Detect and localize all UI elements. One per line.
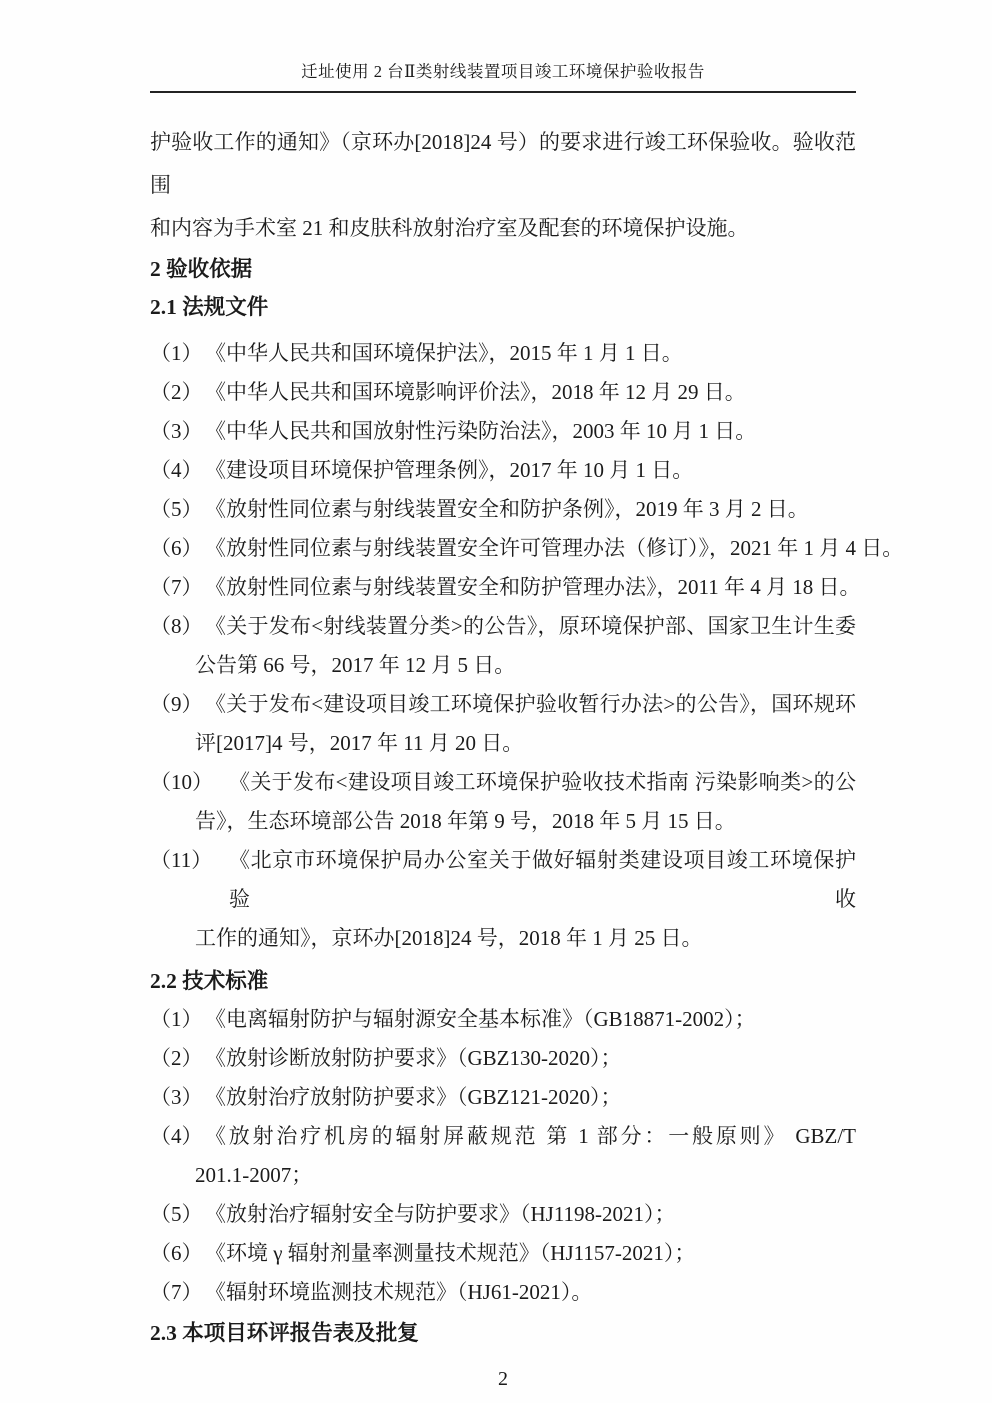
list-item: （11）《北京市环境保护局办公室关于做好辐射类建设项目竣工环境保护验收工作的通知… [150,841,856,958]
technical-standard-list: （1）《电离辐射防护与辐射源安全基本标准》（GB18871-2002）；（2）《… [150,1000,856,1312]
item-number: （7） [150,568,205,607]
item-text: 《辐射环境监测技术规范》（HJ61-2021）。 [205,1273,856,1312]
page-number: 2 [150,1360,856,1398]
list-item: （1）《电离辐射防护与辐射源安全基本标准》（GB18871-2002）； [150,1000,856,1039]
list-item: （9）《关于发布<建设项目竣工环境保护验收暂行办法>的公告》，国环规环评[201… [150,685,856,763]
item-text: 《放射治疗辐射安全与防护要求》（HJ1198-2021）； [205,1195,856,1234]
item-text: 《中华人民共和国放射性污染防治法》，2003 年 10 月 1 日。 [205,412,856,451]
paragraph-line: 护验收工作的通知》（京环办[2018]24 号）的要求进行竣工环保验收。验收范围 [150,121,856,207]
list-item: （6）《环境 γ 辐射剂量率测量技术规范》（HJ1157-2021）； [150,1234,856,1273]
item-number: （5） [150,490,205,529]
list-item: （7）《放射性同位素与射线装置安全和防护管理办法》，2011 年 4 月 18 … [150,568,856,607]
list-item: （3）《放射治疗放射防护要求》（GBZ121-2020）； [150,1078,856,1117]
page-content: 护验收工作的通知》（京环办[2018]24 号）的要求进行竣工环保验收。验收范围… [150,121,856,1398]
item-text: 《放射治疗放射防护要求》（GBZ121-2020）； [205,1078,856,1117]
list-item: （1）《中华人民共和国环境保护法》，2015 年 1 月 1 日。 [150,334,856,373]
item-number: （2） [150,373,205,412]
item-text: 《放射诊断放射防护要求》（GBZ130-2020）； [205,1039,856,1078]
list-item: （10）《关于发布<建设项目竣工环境保护验收技术指南 污染影响类>的公告》，生态… [150,763,856,841]
item-text: 《关于发布<射线装置分类>的公告》，原环境保护部、国家卫生计生委 [205,607,856,646]
item-text: 《放射性同位素与射线装置安全许可管理办法（修订）》，2021 年 1 月 4 日… [205,529,856,568]
item-text-continuation: 工作的通知》，京环办[2018]24 号，2018 年 1 月 25 日。 [150,919,856,958]
item-text: 《放射治疗机房的辐射屏蔽规范 第 1 部分：一般原则》 GBZ/T [205,1117,856,1156]
list-item: （2）《中华人民共和国环境影响评价法》，2018 年 12 月 29 日。 [150,373,856,412]
document-page: 迁址使用 2 台Ⅱ类射线装置项目竣工环境保护验收报告 护验收工作的通知》（京环办… [0,0,992,1403]
section-heading-2-2: 2.2 技术标准 [150,962,856,1000]
item-text: 《放射性同位素与射线装置安全和防护条例》，2019 年 3 月 2 日。 [205,490,856,529]
item-text: 《中华人民共和国环境保护法》，2015 年 1 月 1 日。 [205,334,856,373]
item-text: 《关于发布<建设项目竣工环境保护验收技术指南 污染影响类>的公 [229,763,856,802]
item-number: （3） [150,412,205,451]
item-text-continuation: 评[2017]4 号，2017 年 11 月 20 日。 [150,724,856,763]
header-rule [150,91,856,93]
section-heading-2-3: 2.3 本项目环评报告表及批复 [150,1314,856,1352]
intro-paragraph: 护验收工作的通知》（京环办[2018]24 号）的要求进行竣工环保验收。验收范围… [150,121,856,250]
section-heading-2: 2 验收依据 [150,250,856,288]
list-item: （8）《关于发布<射线装置分类>的公告》，原环境保护部、国家卫生计生委公告第 6… [150,607,856,685]
list-item: （2）《放射诊断放射防护要求》（GBZ130-2020）； [150,1039,856,1078]
item-text-continuation: 201.1-2007； [150,1156,856,1195]
item-number: （11） [150,841,229,919]
regulation-file-list: （1）《中华人民共和国环境保护法》，2015 年 1 月 1 日。（2）《中华人… [150,334,856,958]
list-item: （6）《放射性同位素与射线装置安全许可管理办法（修订）》，2021 年 1 月 … [150,529,856,568]
item-number: （7） [150,1273,205,1312]
list-item: （3）《中华人民共和国放射性污染防治法》，2003 年 10 月 1 日。 [150,412,856,451]
list-item: （4）《建设项目环境保护管理条例》，2017 年 10 月 1 日。 [150,451,856,490]
list-item: （5）《放射治疗辐射安全与防护要求》（HJ1198-2021）； [150,1195,856,1234]
item-text: 《关于发布<建设项目竣工环境保护验收暂行办法>的公告》，国环规环 [205,685,856,724]
item-text-continuation: 告》，生态环境部公告 2018 年第 9 号，2018 年 5 月 15 日。 [150,802,856,841]
list-item: （5）《放射性同位素与射线装置安全和防护条例》，2019 年 3 月 2 日。 [150,490,856,529]
running-header-title: 迁址使用 2 台Ⅱ类射线装置项目竣工环境保护验收报告 [150,62,856,82]
item-number: （4） [150,1117,205,1156]
item-number: （10） [150,763,229,802]
item-number: （4） [150,451,205,490]
list-item: （4）《放射治疗机房的辐射屏蔽规范 第 1 部分：一般原则》 GBZ/T201.… [150,1117,856,1195]
item-text: 《北京市环境保护局办公室关于做好辐射类建设项目竣工环境保护验收 [229,841,856,919]
item-text: 《建设项目环境保护管理条例》，2017 年 10 月 1 日。 [205,451,856,490]
item-number: （3） [150,1078,205,1117]
paragraph-line: 和内容为手术室 21 和皮肤科放射治疗室及配套的环境保护设施。 [150,207,856,250]
list-item: （7）《辐射环境监测技术规范》（HJ61-2021）。 [150,1273,856,1312]
item-number: （5） [150,1195,205,1234]
item-number: （6） [150,1234,205,1273]
item-text: 《中华人民共和国环境影响评价法》，2018 年 12 月 29 日。 [205,373,856,412]
item-text: 《放射性同位素与射线装置安全和防护管理办法》，2011 年 4 月 18 日。 [205,568,856,607]
item-number: （1） [150,1000,205,1039]
item-number: （9） [150,685,205,724]
item-number: （1） [150,334,205,373]
item-number: （2） [150,1039,205,1078]
item-text: 《环境 γ 辐射剂量率测量技术规范》（HJ1157-2021）； [205,1234,856,1273]
item-text-continuation: 公告第 66 号，2017 年 12 月 5 日。 [150,646,856,685]
section-heading-2-1: 2.1 法规文件 [150,288,856,326]
item-text: 《电离辐射防护与辐射源安全基本标准》（GB18871-2002）； [205,1000,856,1039]
item-number: （8） [150,607,205,646]
item-number: （6） [150,529,205,568]
